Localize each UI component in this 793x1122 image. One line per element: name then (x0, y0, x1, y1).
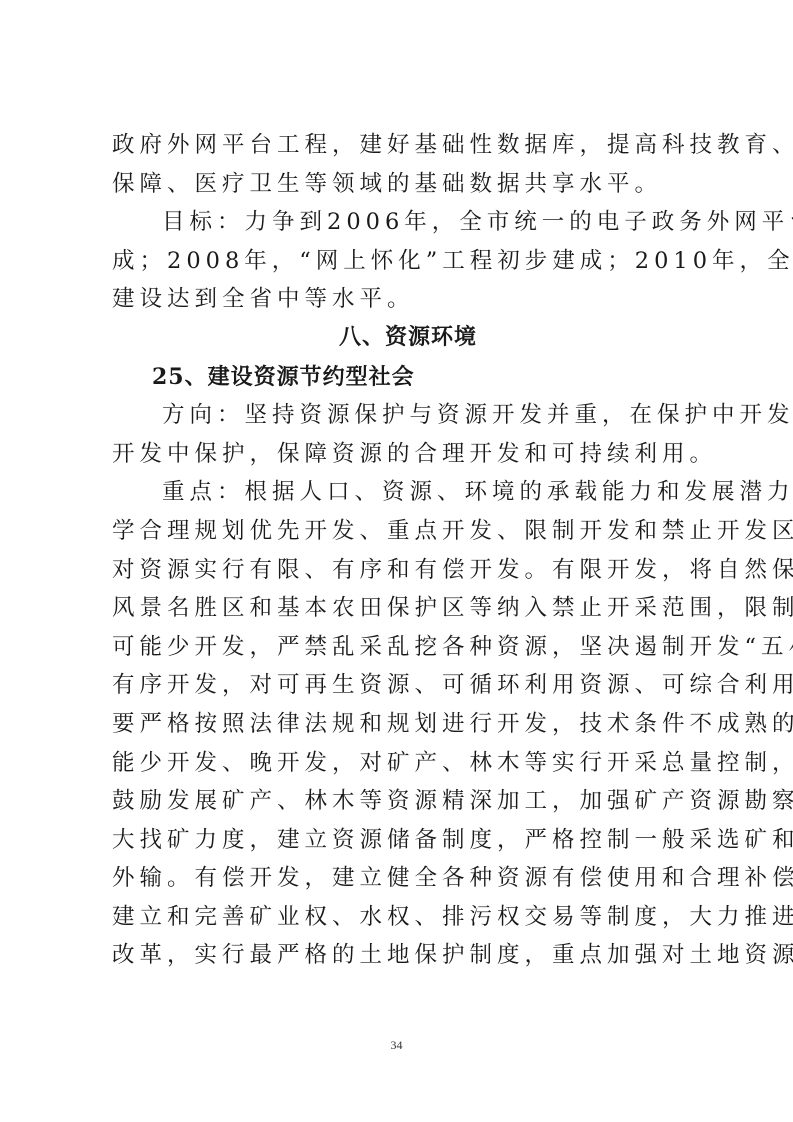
paragraph-line: 外输。有偿开发，建立健全各种资源有偿使用和合理补偿机制， (112, 859, 684, 898)
paragraph-line: 大找矿力度，建立资源储备制度，严格控制一般采选矿和原矿 (112, 821, 684, 860)
document-page: 政府外网平台工程，建好基础性数据库，提高科技教育、社会 保障、医疗卫生等领域的基… (112, 126, 684, 975)
paragraph-line: 能少开发、晚开发，对矿产、林木等实行开采总量控制，引导 (112, 744, 684, 783)
paragraph-line-focus: 重点：根据人口、资源、环境的承载能力和发展潜力，科 (112, 473, 684, 512)
subsection-heading: 25、建设资源节约型社会 (112, 358, 684, 397)
paragraph-line: 保障、医疗卫生等领域的基础数据共享水平。 (112, 165, 684, 204)
paragraph-line: 风景名胜区和基本农田保护区等纳入禁止开采范围，限制区尽 (112, 589, 684, 628)
paragraph-line: 要严格按照法律法规和规划进行开发，技术条件不成熟的尽可 (112, 705, 684, 744)
paragraph-line: 学合理规划优先开发、重点开发、限制开发和禁止开发区域， (112, 512, 684, 551)
section-heading: 八、资源环境 (112, 319, 684, 358)
paragraph-line: 建设达到全省中等水平。 (112, 280, 684, 319)
paragraph-line: 改革，实行最严格的土地保护制度，重点加强对土地资源、水 (112, 936, 684, 975)
paragraph-line: 鼓励发展矿产、林木等资源精深加工，加强矿产资源勘察，加 (112, 782, 684, 821)
paragraph-line: 政府外网平台工程，建好基础性数据库，提高科技教育、社会 (112, 126, 684, 165)
paragraph-line: 有序开发，对可再生资源、可循环利用资源、可综合利用资源， (112, 666, 684, 705)
paragraph-line-goal: 目标：力争到2006年，全市统一的电子政务外网平台建 (112, 203, 684, 242)
paragraph-line: 开发中保护，保障资源的合理开发和可持续利用。 (112, 435, 684, 474)
paragraph-line: 成；2008年，“网上怀化”工程初步建成；2010年，全市信息化 (112, 242, 684, 281)
paragraph-line: 对资源实行有限、有序和有偿开发。有限开发，将自然保护区、 (112, 551, 684, 590)
paragraph-line: 可能少开发，严禁乱采乱挖各种资源，坚决遏制开发“五小矿”。 (112, 628, 684, 667)
paragraph-line-direction: 方向：坚持资源保护与资源开发并重，在保护中开发，在 (112, 396, 684, 435)
paragraph-line: 建立和完善矿业权、水权、排污权交易等制度，大力推进殡葬 (112, 898, 684, 937)
page-number: 34 (0, 1038, 793, 1053)
